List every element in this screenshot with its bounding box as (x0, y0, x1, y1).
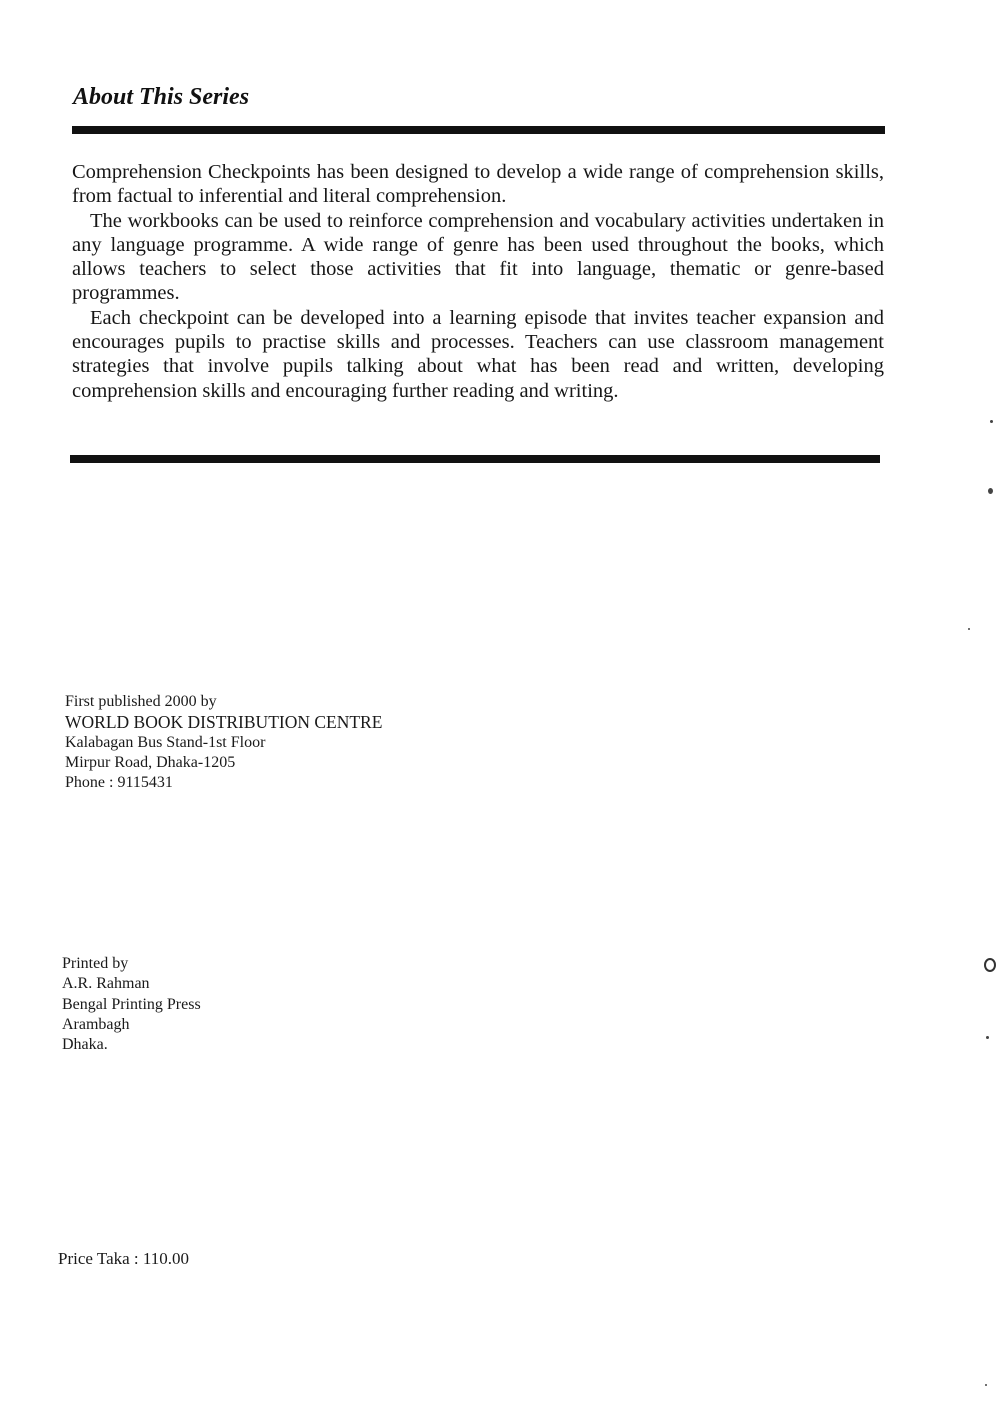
price-label: Price Taka : 110.00 (58, 1249, 189, 1269)
page-title: About This Series (73, 84, 249, 111)
printer-info: Printed by A.R. Rahman Bengal Printing P… (62, 954, 201, 1055)
publisher-info: First published 2000 by WORLD BOOK DISTR… (65, 692, 382, 793)
paragraph: Each checkpoint can be developed into a … (72, 306, 884, 403)
printer-line: Bengal Printing Press (62, 995, 201, 1015)
publisher-line: Mirpur Road, Dhaka-1205 (65, 753, 382, 773)
scan-speck (968, 628, 970, 630)
series-description: Comprehension Checkpoints has been desig… (72, 160, 884, 403)
printer-line: Printed by (62, 954, 201, 974)
scan-speck (986, 1036, 989, 1039)
publisher-phone: Phone : 9115431 (65, 773, 382, 793)
top-divider (72, 126, 885, 134)
publisher-line: First published 2000 by (65, 692, 382, 712)
printer-line: Dhaka. (62, 1035, 201, 1055)
scan-speck (985, 1384, 987, 1386)
publisher-line: Kalabagan Bus Stand-1st Floor (65, 733, 382, 753)
publisher-name: WORLD BOOK DISTRIBUTION CENTRE (65, 712, 382, 732)
paragraph: Comprehension Checkpoints has been desig… (72, 160, 884, 209)
scan-speck (988, 488, 993, 494)
bottom-divider (70, 455, 880, 463)
printer-line: Arambagh (62, 1015, 201, 1035)
printer-line: A.R. Rahman (62, 974, 201, 994)
scan-speck (984, 958, 996, 972)
paragraph: The workbooks can be used to reinforce c… (72, 209, 884, 306)
scan-speck (990, 420, 993, 423)
